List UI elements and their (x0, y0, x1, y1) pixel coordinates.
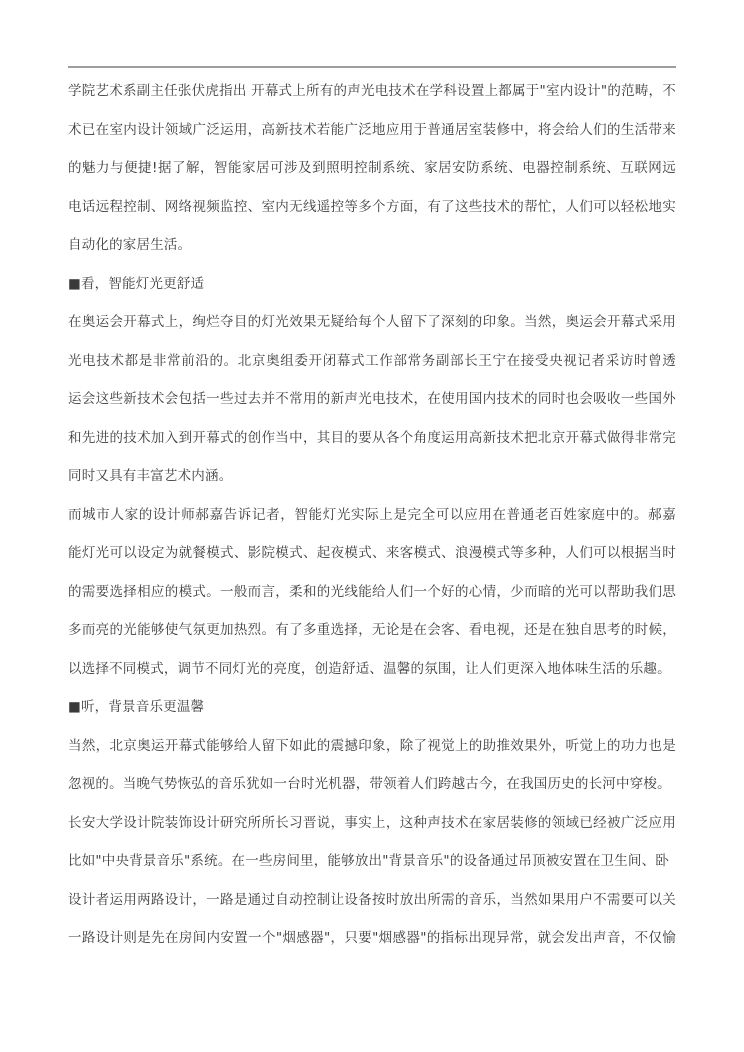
text-line: 术已在室内设计领域广泛运用，高新技术若能广泛地应用于普通居室装修中，将会给人们的… (68, 111, 676, 150)
text-line: 自动化的家居生活。 (68, 226, 676, 265)
text-line: 的需要选择相应的模式。一般而言，柔和的光线能给人们一个好的心情，少而暗的光可以帮… (68, 573, 676, 612)
text-line: 比如"中央背景音乐"系统。在一些房间里，能够放出"背景音乐"的设备通过吊顶被安置… (68, 842, 676, 881)
text-line: 能灯光可以设定为就餐模式、影院模式、起夜模式、来客模式、浪漫模式等多种，人们可以… (68, 534, 676, 573)
text-line: 电话远程控制、网络视频监控、室内无线遥控等多个方面，有了这些技术的帮忙，人们可以… (68, 188, 676, 227)
text-line: 的魅力与便捷!据了解，智能家居可涉及到照明控制系统、家居安防系统、电器控制系统、… (68, 149, 676, 188)
text-line: 同时又具有丰富艺术内涵。 (68, 457, 676, 496)
document-page: 学院艺术系副主任张伏虎指出 开幕式上所有的声光电技术在学科设置上都属于"室内设计… (0, 0, 744, 1052)
text-line: 学院艺术系副主任张伏虎指出 开幕式上所有的声光电技术在学科设置上都属于"室内设计… (68, 72, 676, 111)
text-line: 以选择不同模式，调节不同灯光的亮度，创造舒适、温馨的氛围，让人们更深入地体味生活… (68, 650, 676, 689)
text-line: 多而亮的光能够使气氛更加热烈。有了多重选择，无论是在会客、看电视，还是在独自思考… (68, 611, 676, 650)
header-divider-rule (68, 66, 676, 68)
text-line: 运会这些新技术会包括一些过去并不常用的新声光电技术，在使用国内技术的同时也会吸收… (68, 380, 676, 419)
text-line: 忽视的。当晚气势恢弘的音乐犹如一台时光机器，带领着人们跨越古今，在我国历史的长河… (68, 765, 676, 804)
document-body: 学院艺术系副主任张伏虎指出 开幕式上所有的声光电技术在学科设置上都属于"室内设计… (68, 72, 676, 958)
section-heading: ■听，背景音乐更温馨 (68, 688, 676, 727)
text-line: 长安大学设计院装饰设计研究所所长习晋说，事实上，这种声技术在家居装修的领域已经被… (68, 804, 676, 843)
text-line: 而城市人家的设计师郝嘉告诉记者，智能灯光实际上是完全可以应用在普通老百姓家庭中的… (68, 496, 676, 535)
text-line: 光电技术都是非常前沿的。北京奥组委开闭幕式工作部常务副部长王宁在接受央视记者采访… (68, 342, 676, 381)
text-line: 当然，北京奥运开幕式能够给人留下如此的震撼印象，除了视觉上的助推效果外，听觉上的… (68, 727, 676, 766)
text-line: 设计者运用两路设计，一路是通过自动控制让设备按时放出所需的音乐，当然如果用户不需… (68, 881, 676, 920)
text-line: 在奥运会开幕式上，绚烂夺目的灯光效果无疑给每个人留下了深刻的印象。当然，奥运会开… (68, 303, 676, 342)
text-line: 和先进的技术加入到开幕式的创作当中，其目的要从各个角度运用高新技术把北京开幕式做… (68, 419, 676, 458)
text-line: 一路设计则是先在房间内安置一个"烟感器"，只要"烟感器"的指标出现异常，就会发出… (68, 919, 676, 958)
section-heading: ■看，智能灯光更舒适 (68, 265, 676, 304)
